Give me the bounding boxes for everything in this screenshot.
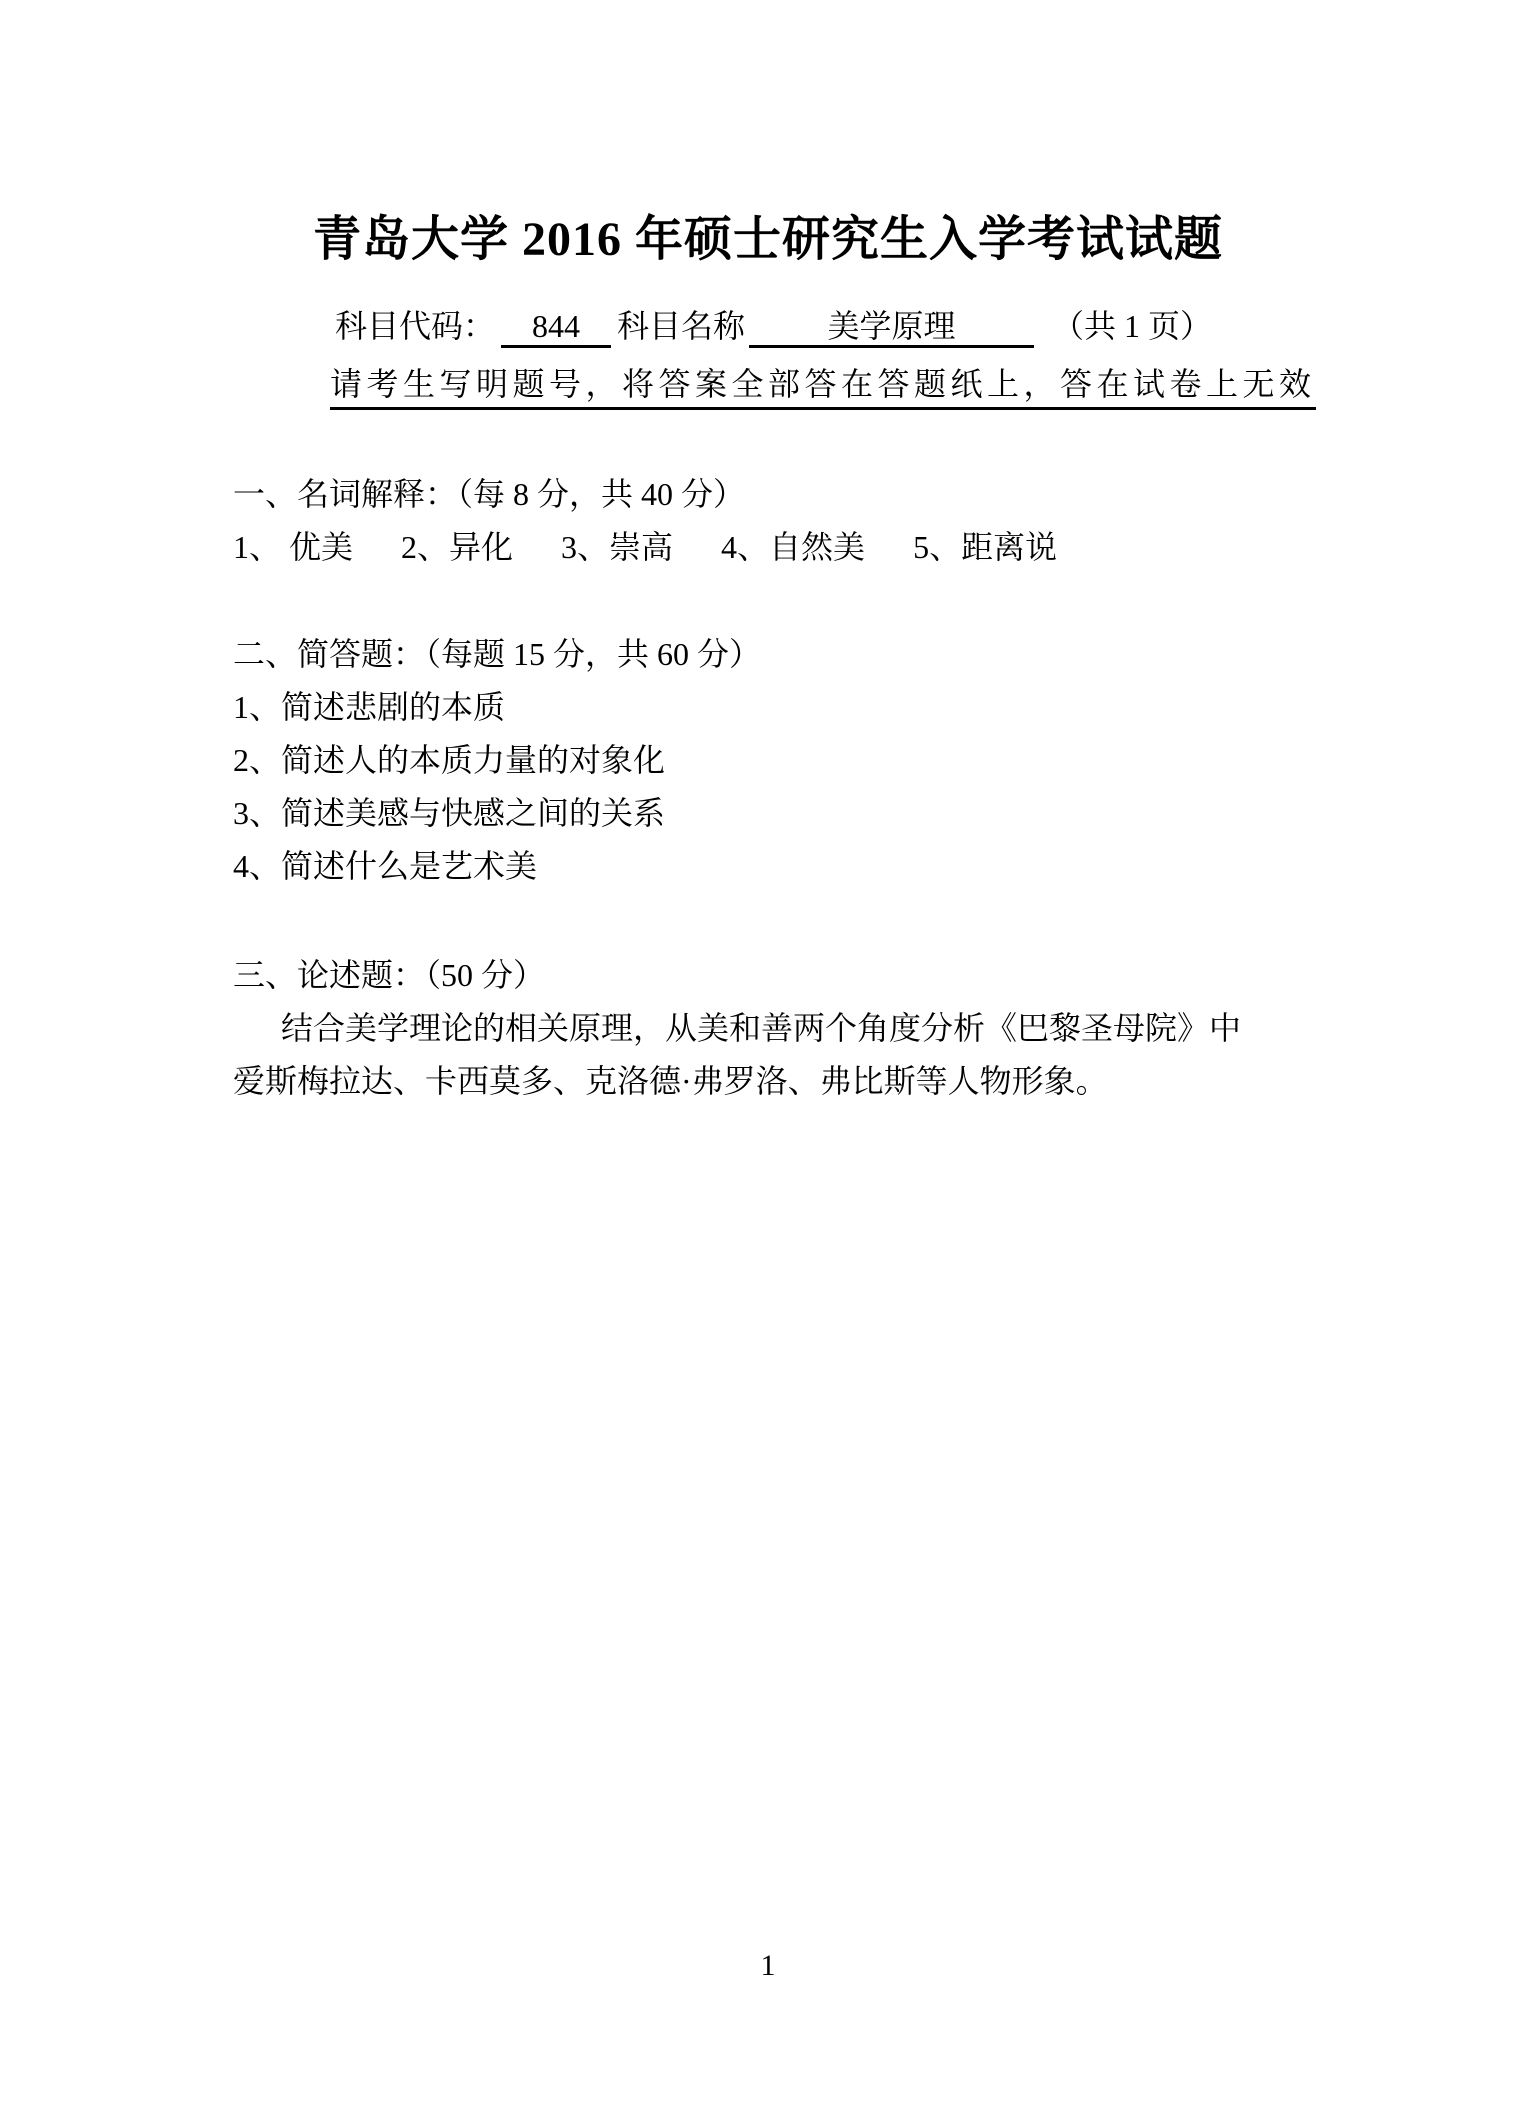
essay-paragraph-line: 结合美学理论的相关原理，从美和善两个角度分析《巴黎圣母院》中 bbox=[233, 1002, 1356, 1055]
subject-code-value: 844 bbox=[501, 307, 611, 348]
subject-code-label: 科目代码： bbox=[335, 308, 495, 344]
short-answer-item: 1、简述悲剧的本质 bbox=[233, 681, 1356, 734]
term-item: 2、异化 bbox=[401, 521, 513, 574]
section-3-heading: 三、论述题：（50 分） bbox=[233, 949, 1356, 1002]
section-2-heading: 二、简答题：（每题 15 分，共 60 分） bbox=[233, 628, 1356, 681]
pages-note: （共 1 页） bbox=[1052, 308, 1212, 344]
subject-name-value: 美学原理 bbox=[749, 307, 1034, 348]
short-answer-item: 4、简述什么是艺术美 bbox=[233, 840, 1356, 893]
term-item: 1、 优美 bbox=[233, 521, 353, 574]
subject-name-label: 科目名称 bbox=[617, 308, 745, 344]
term-item: 3、崇高 bbox=[561, 521, 673, 574]
essay-paragraph-line: 爱斯梅拉达、卡西莫多、克洛德·弗罗洛、弗比斯等人物形象。 bbox=[233, 1055, 1356, 1108]
terms-row: 1、 优美 2、异化 3、崇高 4、自然美 5、距离说 bbox=[233, 521, 1356, 574]
subject-line: 科目代码：844科目名称美学原理（共 1 页） bbox=[335, 304, 1536, 348]
short-answer-item: 3、简述美感与快感之间的关系 bbox=[233, 787, 1356, 840]
exam-page: 青岛大学 2016 年硕士研究生入学考试试题 科目代码：844科目名称美学原理（… bbox=[0, 0, 1536, 2127]
page-number: 1 bbox=[0, 1948, 1536, 1984]
page-title: 青岛大学 2016 年硕士研究生入学考试试题 bbox=[0, 212, 1536, 268]
term-item: 4、自然美 bbox=[721, 521, 865, 574]
short-answer-item: 2、简述人的本质力量的对象化 bbox=[233, 734, 1356, 787]
section-short-answer: 二、简答题：（每题 15 分，共 60 分） 1、简述悲剧的本质 2、简述人的本… bbox=[233, 628, 1356, 893]
section-1-heading: 一、名词解释：（每 8 分，共 40 分） bbox=[233, 468, 1356, 521]
instruction-note: 请考生写明题号，将答案全部答在答题纸上，答在试卷上无效 bbox=[330, 364, 1316, 410]
section-term-definitions: 一、名词解释：（每 8 分，共 40 分） 1、 优美 2、异化 3、崇高 4、… bbox=[233, 468, 1356, 574]
instruction-row: 请考生写明题号，将答案全部答在答题纸上，答在试卷上无效 bbox=[330, 364, 1536, 410]
term-item: 5、距离说 bbox=[913, 521, 1057, 574]
section-essay: 三、论述题：（50 分） 结合美学理论的相关原理，从美和善两个角度分析《巴黎圣母… bbox=[233, 949, 1356, 1108]
